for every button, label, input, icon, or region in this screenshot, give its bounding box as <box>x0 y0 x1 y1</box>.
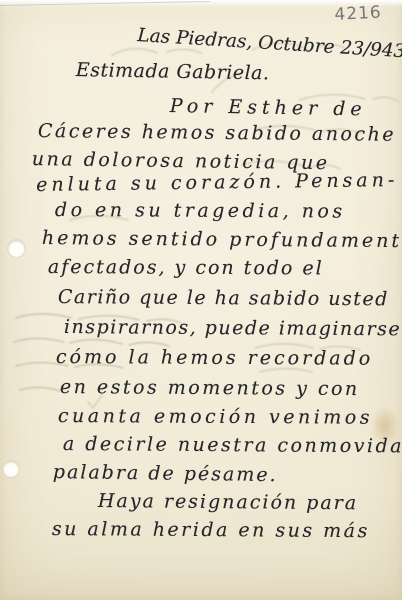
letter-line: cuanta emoción venimos <box>58 406 373 429</box>
letter-paper: 4216 Las Piedras, Octubre 23/943 Estimad… <box>0 0 402 600</box>
archive-number: 4216 <box>334 3 382 25</box>
letter-line: Cáceres hemos sabido anoche <box>38 121 396 146</box>
punch-hole <box>3 461 19 477</box>
letter-line: cómo la hemos recordado <box>56 347 373 370</box>
letter-line: hemos sentido profundamente <box>42 228 402 252</box>
punch-hole <box>8 240 25 257</box>
letter-line: su alma herida en sus más <box>52 519 370 542</box>
dateline: Las Piedras, Octubre 23/943 <box>137 26 402 63</box>
letter-line: afectados, y con todo el <box>48 257 324 279</box>
letter-line: inspirarnos, puede imaginarse <box>64 317 401 340</box>
salutation: Estimada Gabriela. <box>76 60 270 84</box>
letter-line: Cariño que le ha sabido usted <box>58 287 389 310</box>
letter-line: a decirle nuestra conmovida <box>63 434 402 457</box>
letter-line: Haya resignación para <box>98 491 358 514</box>
letter-line: do en su tragedia, nos <box>55 200 346 222</box>
letter-line: enluta su corazón. Pensan- <box>36 170 398 196</box>
letter-line: palabra de pésame. <box>53 462 278 486</box>
letter-line: en estos momentos y con <box>60 377 360 400</box>
letter-line: Por Esther de <box>170 96 367 120</box>
